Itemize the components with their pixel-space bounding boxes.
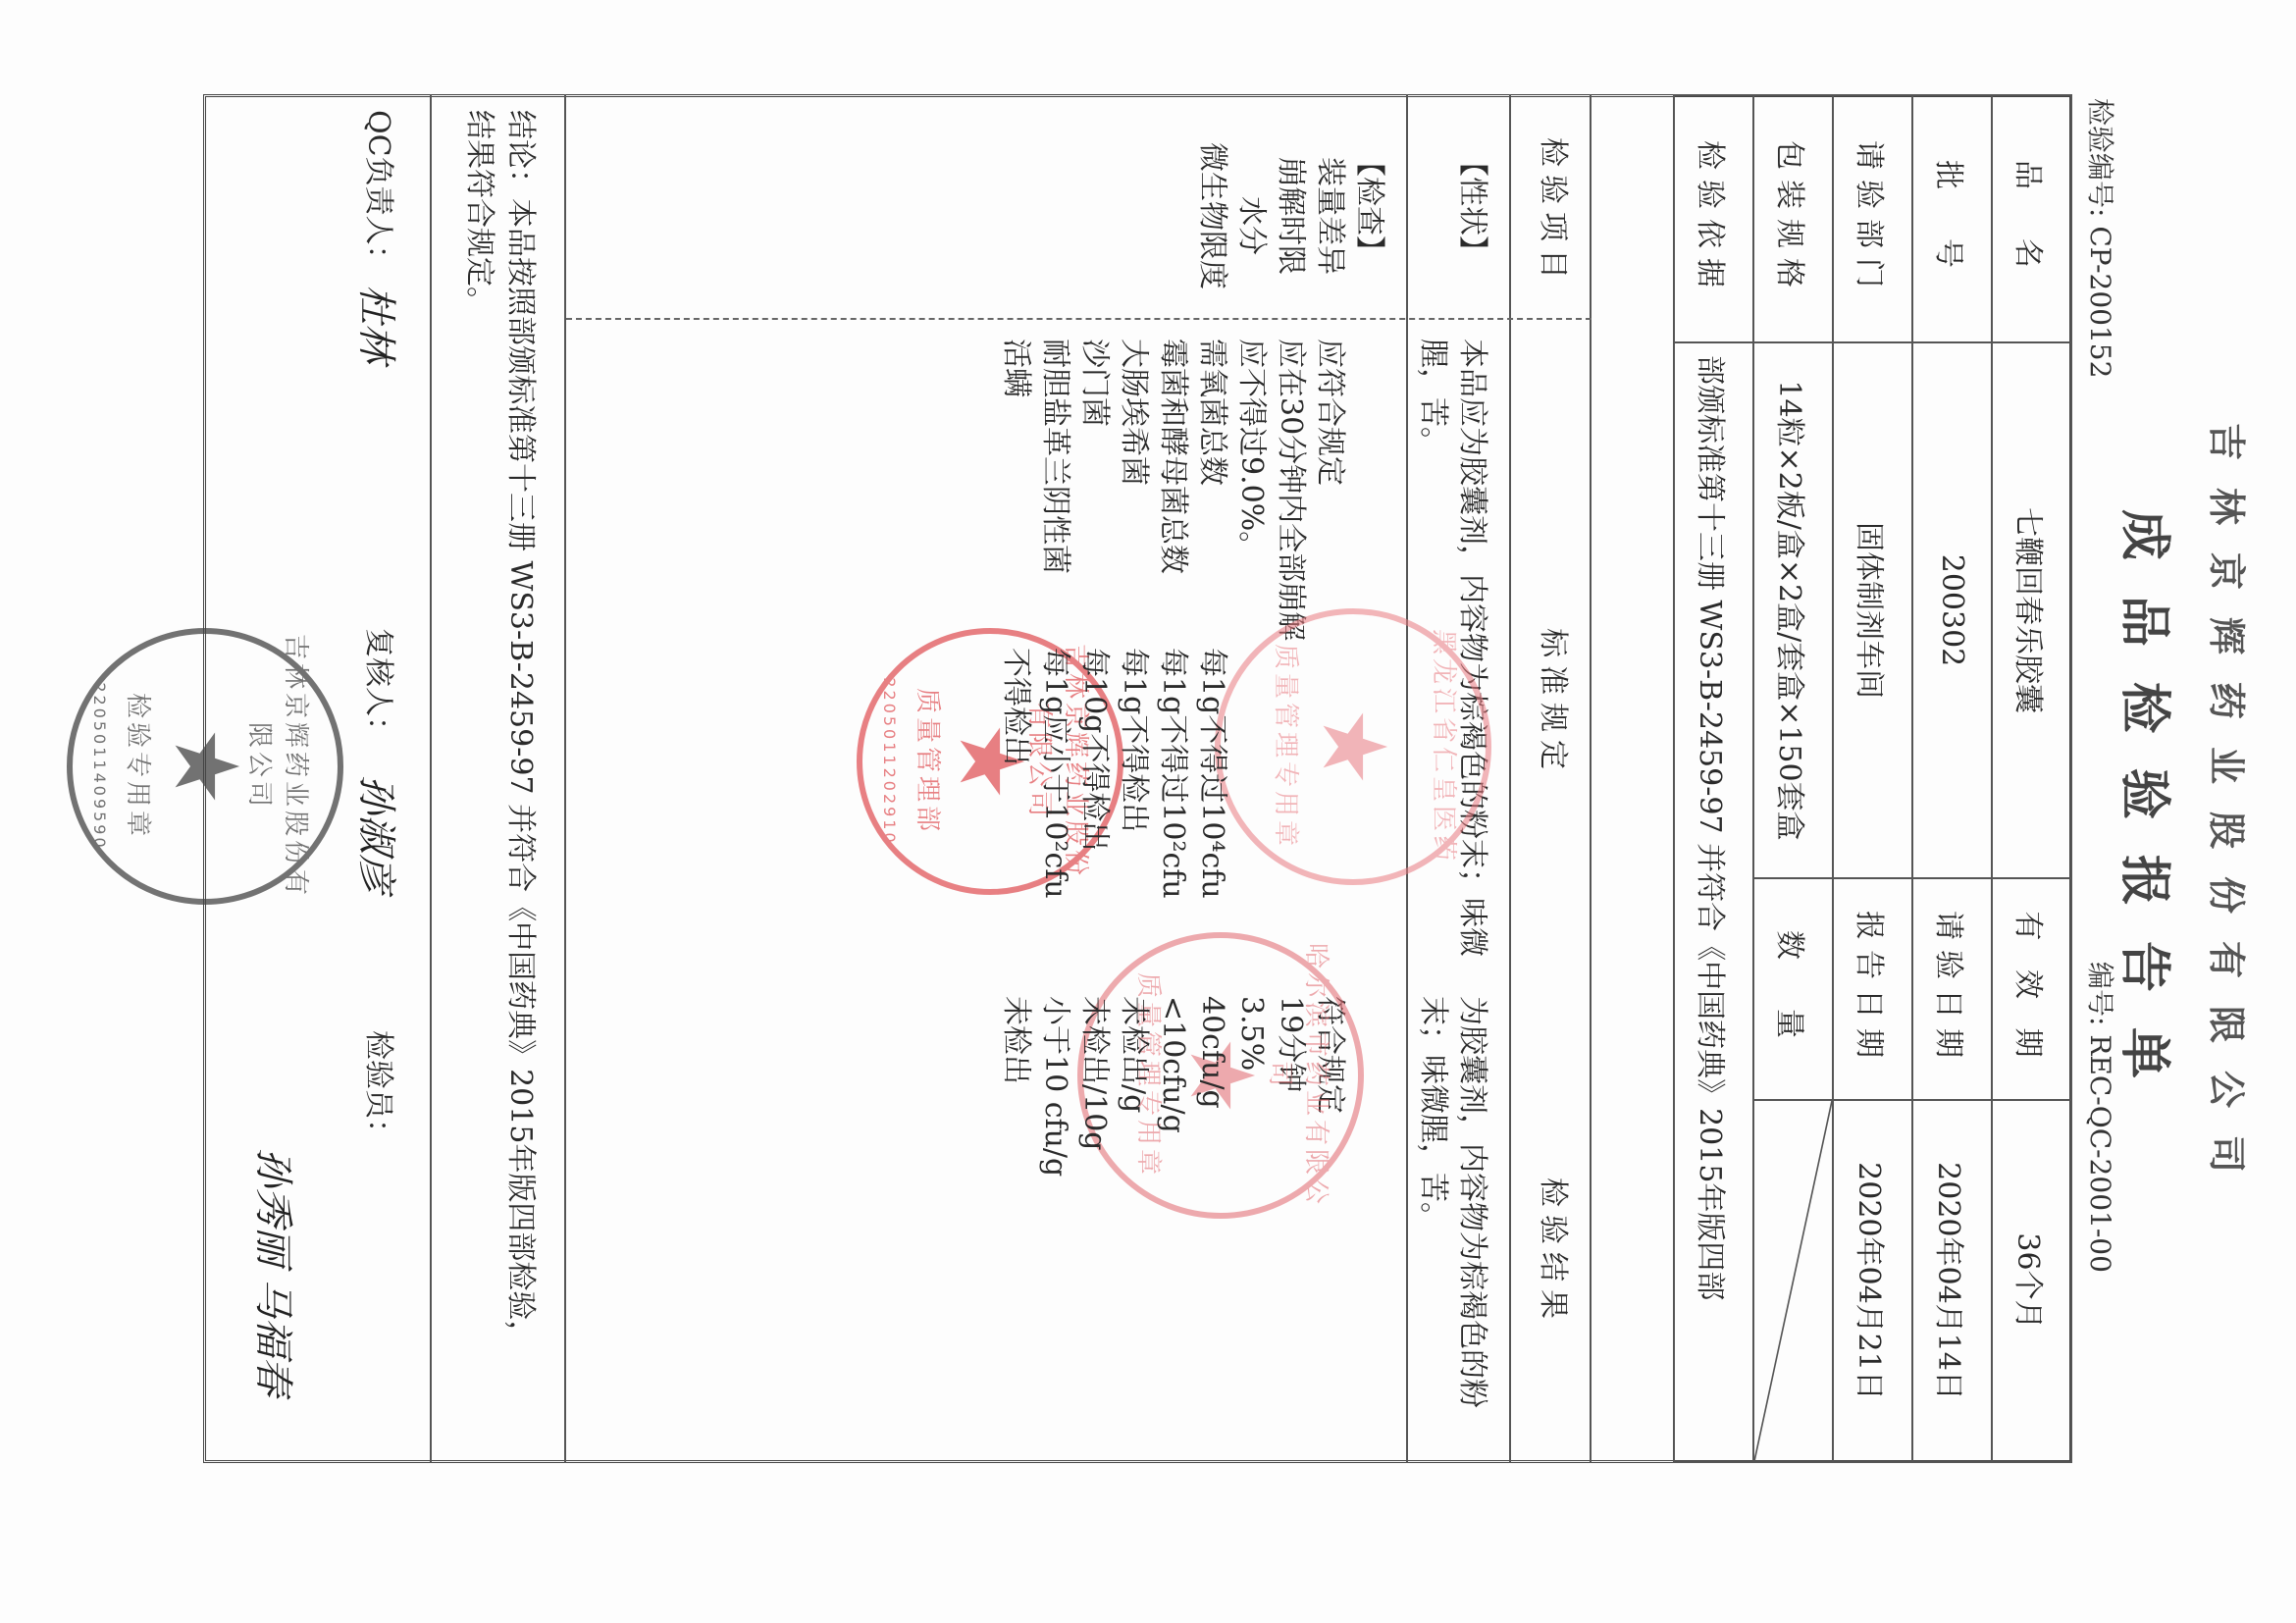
basis-value: 部颁标准第十三册 WS3-B-2459-97 并符合《中国药典》2015年版四部 bbox=[1674, 342, 1753, 1462]
validity-label: 有 效 期 bbox=[1992, 878, 2071, 1100]
inspection-number-value: CP-200152 bbox=[2084, 226, 2116, 378]
inspection-number-label: 检验编号: bbox=[2084, 98, 2116, 217]
micro-name: 耐胆盐革兰阴性菌 bbox=[1035, 339, 1074, 574]
micro-standard: 每1g不得检出 bbox=[1114, 648, 1153, 832]
star-icon: ★ bbox=[161, 727, 249, 807]
table-row: 品 名 七鞭回春乐胶囊 有 效 期 36个月 bbox=[1992, 95, 2071, 1462]
request-dept-value: 固体制剂车间 bbox=[1833, 342, 1912, 878]
micro-standard: 每10g不得检出 bbox=[1074, 648, 1114, 851]
micro-name: 活螨 bbox=[996, 339, 1035, 397]
stamp-name: 检验专用章 bbox=[122, 634, 158, 899]
packaging-label: 包装规格 bbox=[1753, 95, 1833, 342]
stamp-name: 质量管理专用章 bbox=[1270, 614, 1306, 879]
request-date-value: 2020年04月14日 bbox=[1912, 1100, 1992, 1462]
check-item: 崩解时限 bbox=[1271, 157, 1310, 275]
diagonal-strike bbox=[1754, 1101, 1832, 1461]
table-row: 请验部门 固体制剂车间 报告日期 2020年04月21日 bbox=[1833, 95, 1912, 1462]
micro-standard: 不得检出 bbox=[996, 648, 1035, 765]
stamp-name: 质量管理部 bbox=[912, 634, 948, 889]
report-date-value: 2020年04月21日 bbox=[1833, 1100, 1912, 1462]
micro-item: 微生物限度 bbox=[1192, 142, 1231, 289]
inspector-signature: 孙秀丽 马福春 bbox=[248, 1148, 304, 1396]
results-header-top-line bbox=[1590, 94, 1592, 1463]
appearance-heading: 【性状】 bbox=[1452, 147, 1491, 265]
qc-label: QC负责人： bbox=[358, 110, 397, 275]
stamp-number: 2205011202910 bbox=[880, 634, 899, 889]
col-result-header: 检验结果 bbox=[1533, 1178, 1572, 1327]
quantity-value bbox=[1753, 1100, 1833, 1462]
stamp-ring-text: 哈尔滨市药业有限公司 bbox=[1264, 938, 1336, 1213]
request-dept-label: 请验部门 bbox=[1833, 95, 1912, 342]
micro-standard: 每1g不得过10⁴cfu bbox=[1192, 648, 1231, 899]
form-number: 编号: REC-QC-2001-00 bbox=[2082, 962, 2121, 1273]
appearance-result: 为胶囊剂，内容物为棕褐色的粉末；味微腥，苦。 bbox=[1413, 996, 1491, 1447]
check-item: 水分 bbox=[1231, 196, 1271, 255]
form-number-label: 编号: bbox=[2084, 962, 2116, 1025]
reviewer-signature: 孙淑彦 bbox=[351, 775, 407, 893]
batch-label: 批 号 bbox=[1912, 95, 1992, 342]
inspector-label: 检验员： bbox=[358, 1030, 397, 1148]
micro-result: 未检出/10g bbox=[1074, 996, 1114, 1151]
form-number-value: REC-QC-2001-00 bbox=[2084, 1034, 2116, 1273]
qc-signature: 杜林 bbox=[351, 285, 407, 363]
batch-value: 200302 bbox=[1912, 342, 1992, 878]
stamp-number: 2205011409590 bbox=[90, 634, 109, 899]
star-icon: ★ bbox=[1309, 707, 1397, 787]
micro-result: 未检出 bbox=[996, 996, 1035, 1084]
check-standard: 应在30分钟内全部崩解 bbox=[1271, 339, 1310, 641]
check-item: 装量差异 bbox=[1310, 157, 1349, 275]
micro-standard: 每1g应小于10²cfu bbox=[1035, 648, 1074, 899]
reviewer-label: 复核人： bbox=[358, 628, 397, 746]
product-name-label: 品 名 bbox=[1992, 95, 2071, 342]
results-header-bottom-line bbox=[1509, 94, 1511, 1463]
document-title: 成品检验报告单 bbox=[2113, 0, 2186, 1623]
conclusion-line-2: 结果符合规定。 bbox=[459, 110, 498, 316]
inspection-report-page: 吉林京辉药业股份有限公司 成品检验报告单 检验编号: CP-200152 编号:… bbox=[0, 0, 2296, 1623]
table-row: 包装规格 14粒×2板/盒×2盒/套盒×150套盒 数 量 bbox=[1753, 95, 1833, 1462]
micro-name: 大肠埃希菌 bbox=[1114, 339, 1153, 486]
inspection-number: 检验编号: CP-200152 bbox=[2082, 98, 2121, 378]
signature-top-line bbox=[430, 94, 432, 1463]
check-standard: 应不得过9.0%。 bbox=[1231, 339, 1271, 560]
check-heading: 【检查】 bbox=[1349, 147, 1388, 265]
col-item-header: 检验项目 bbox=[1533, 137, 1572, 287]
conclusion-top-line bbox=[564, 94, 566, 1463]
conclusion-line-1: 结论：本品按照部颁标准第十三册 WS3-B-2459-97 并符合《中国药典》2… bbox=[500, 110, 540, 1349]
quantity-label: 数 量 bbox=[1753, 878, 1833, 1100]
micro-standard: 每1g不得过10²cfu bbox=[1153, 648, 1192, 899]
validity-value: 36个月 bbox=[1992, 1100, 2071, 1462]
micro-result: 40cfu/g bbox=[1192, 996, 1231, 1109]
micro-result: 小于10 cfu/g bbox=[1035, 996, 1074, 1177]
stamp-ring-text: 吉林京辉药业股份有限公司 bbox=[243, 634, 316, 899]
micro-name: 霉菌和酵母菌总数 bbox=[1153, 339, 1192, 574]
report-date-label: 报告日期 bbox=[1833, 878, 1912, 1100]
column-divider bbox=[566, 318, 1592, 320]
basis-label: 检验依据 bbox=[1674, 95, 1753, 342]
check-standard: 应符合规定 bbox=[1310, 339, 1349, 486]
packaging-value: 14粒×2板/盒×2盒/套盒×150套盒 bbox=[1753, 342, 1833, 878]
stamp-ring-text: 黑龙江省仁皇医药 bbox=[1428, 614, 1464, 879]
product-name-value: 七鞭回春乐胶囊 bbox=[1992, 342, 2071, 878]
hlj-stamp: 黑龙江省仁皇医药 ★ 质量管理专用章 bbox=[1215, 608, 1491, 885]
micro-result: 未检出/g bbox=[1114, 996, 1153, 1113]
table-row: 批 号 200302 请验日期 2020年04月14日 bbox=[1912, 95, 1992, 1462]
inspection-stamp: 吉林京辉药业股份有限公司 ★ 检验专用章 2205011409590 bbox=[67, 628, 343, 905]
micro-name: 沙门菌 bbox=[1074, 339, 1114, 427]
micro-result: <10cfu/g bbox=[1153, 996, 1192, 1133]
company-name: 吉林京辉药业股份有限公司 bbox=[2203, 0, 2257, 1623]
table-row: 检验依据 部颁标准第十三册 WS3-B-2459-97 并符合《中国药典》201… bbox=[1674, 95, 1753, 1462]
info-table: 品 名 七鞭回春乐胶囊 有 效 期 36个月 批 号 200302 请验日期 2… bbox=[1673, 94, 2072, 1463]
request-date-label: 请验日期 bbox=[1912, 878, 1992, 1100]
micro-name: 需氧菌总数 bbox=[1192, 339, 1231, 486]
col-standard-header: 标准规定 bbox=[1533, 628, 1572, 777]
